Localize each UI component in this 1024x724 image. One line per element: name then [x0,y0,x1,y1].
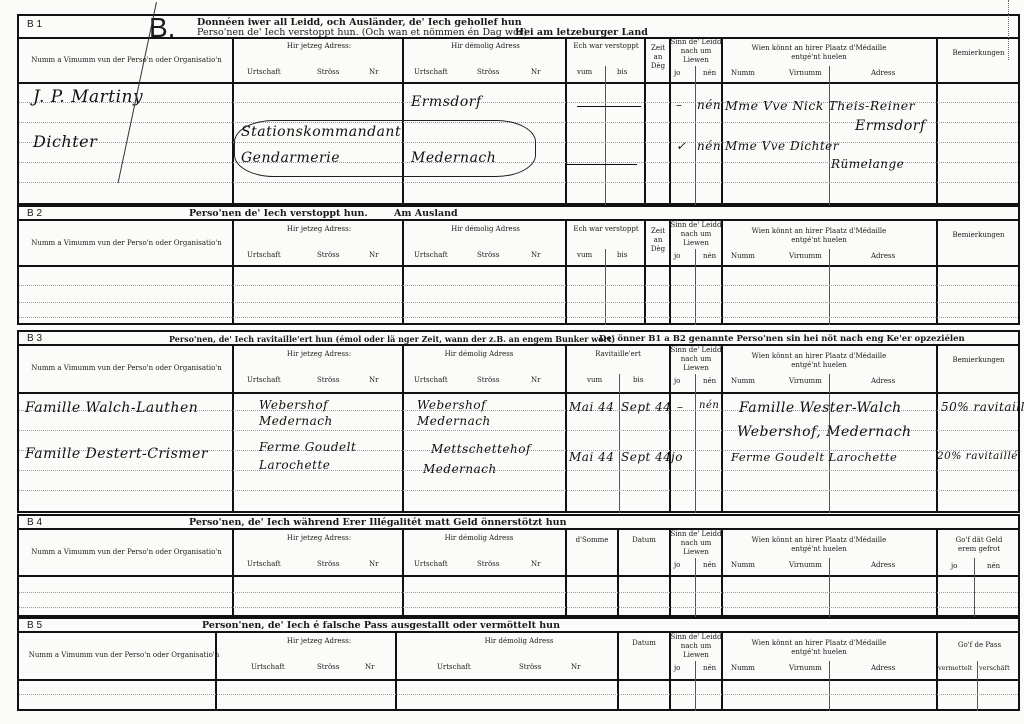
col-datum-header: Datum [619,639,669,648]
section-b1: B 1 B. Donnéen iwer all Leidd, och Auslä… [17,14,1020,205]
col-sinn-header: Sinn de' Leidd nach um Liewen [670,221,722,248]
col-jo: jo [674,377,680,386]
col-urtschaft: Urtschaft [414,68,448,77]
entry-demolig-line1: Ermsdorf [411,94,482,110]
col-jo: jo [674,252,680,261]
entry-name-line2: Dichter [33,132,97,151]
col-name-header: Numm a Vimumm vun der Perso'n oder Organ… [19,548,234,557]
col-nr: Nr [365,663,374,672]
col-somme-header: d'Somme [567,536,617,545]
entry-medaille2: Webershof, Medernach [737,424,911,440]
col-stross: Ströss [317,560,339,569]
col-vum: vum [577,68,592,77]
section-b1-title-bar: B 1 B. Donnéen iwer all Leidd, och Auslä… [19,14,1018,39]
col-stross: Ströss [519,663,541,672]
col-urtschaft: Urtschaft [247,251,281,260]
entry-demolig1: Mettschettehof [431,442,531,456]
section-code: B 1 [27,19,42,30]
entry-demolig-line2: Medernach [411,150,496,166]
section-heading-extra: De' önner B1 a B2 genannte Perso'nen sin… [599,334,965,344]
col-zeit-header: Zeit an Dèg [646,44,670,71]
entry-medaille2b: Rümelange [831,157,904,171]
col-name-header: Numm a Vimumm vun der Perso'n oder Organ… [19,56,234,65]
section-heading: Person'nen, de' Iech é falsche Pass ausg… [202,620,560,631]
col-urtschaft: Urtschaft [414,251,448,260]
col-nr: Nr [369,560,378,569]
section-heading: Perso'nen, de' Iech während Erer Illégal… [189,517,566,528]
col-urtschaft: Urtschaft [437,663,471,672]
col-ravitailleert-header: Ravitaille'ert [567,350,669,359]
entry-vum: Mai 44 [569,400,614,414]
col-medaille-header: Wien könnt an hirer Plaatz d'Médaille en… [749,227,889,245]
entry-jetzeg1: Ferme Goudelt [259,440,356,454]
col-sinn-header: Sinn de' Leidd nach um Liewen [670,633,722,660]
section-b3-title-bar: B 3 Perso'nen, de' Iech ravitaille'ert h… [19,330,1018,346]
entry-name: J. P. Martiny [33,87,143,107]
col-adress: Adress [871,69,895,78]
col-nr: Nr [369,251,378,260]
col-jo: jo [674,561,680,570]
col-urtschaft: Urtschaft [247,376,281,385]
col-numm: Numm [731,69,755,78]
entry-demolig1: Webershof [417,398,486,412]
section-b5-title-bar: B 5 Person'nen, de' Iech é falsche Pass … [19,617,1018,633]
col-nen: nén [703,561,716,570]
col-verschaft: verschäft [979,664,1010,673]
col-numm: Numm [731,252,755,261]
entry-sinn-mark2: ✓ [676,139,687,153]
col-demolig-header: Hir démolig Adress [404,42,567,51]
col-stross: Ströss [317,68,339,77]
section-code: B 3 [27,333,42,344]
entry-medaille2: Mme Vve Dichter [725,139,839,153]
col-verstoppt-header: Ech war verstoppt [567,42,645,51]
col-numm: Numm [731,664,755,673]
col-bis: bis [633,376,643,385]
section-heading: Perso'nen, de' Iech ravitaille'ert hun (… [169,334,615,344]
col-name-header: Numm a Vimumm vun der Perso'n oder Organ… [19,651,229,660]
col-urtschaft: Urtschaft [247,560,281,569]
entry-demolig2: Medernach [417,414,491,428]
col-jetzeg-header: Hir jetzeg Adress: [234,534,404,543]
section-heading-line2: Perso'nen de' Iech verstoppt hun. (Och w… [197,27,527,38]
col-sinn-header: Sinn de' Leidd nach um Liewen [670,530,722,557]
col-pass-header: Go'f de Pass [937,641,1022,650]
section-b4-title-bar: B 4 Perso'nen, de' Iech während Erer Ill… [19,514,1018,530]
col-bis: bis [617,251,627,260]
col-virnumm: Virnumm [789,664,822,673]
entry-bis: Sept 44 [621,450,671,464]
entry-bemierkung: 20% ravitaillé [937,450,1018,462]
col-vum: vum [577,251,592,260]
col-name-header: Numm a Vimumm vun der Perso'n oder Organ… [19,364,234,373]
col-urtschaft: Urtschaft [414,376,448,385]
col-jetzeg-header: Hir jetzeg Adress: [234,42,404,51]
col-stross: Ströss [317,376,339,385]
col-verstoppt-header: Ech war verstoppt [567,225,645,234]
entry-demolig2: Medernach [423,462,497,476]
entry-jetzeg1: Webershof [259,398,328,412]
section-b2: B 2 Perso'nen de' Iech verstoppt hun. Am… [17,205,1020,325]
section-code: B 4 [27,517,42,528]
col-nen: nén [703,252,716,261]
col-jetzeg-header: Hir jetzeg Adress: [229,637,409,646]
form-page: B 1 B. Donnéen iwer all Leidd, och Auslä… [0,0,1024,724]
col-jo: jo [674,664,680,673]
col-nen: nén [987,562,1000,571]
col-numm: Numm [731,561,755,570]
col-adress: Adress [871,252,895,261]
entry-sinn-mark1: – [676,98,683,112]
col-vum: vum [587,376,602,385]
entry-nen: nén [699,400,719,411]
section-heading-extra: Hei am letzeburger Land [515,27,648,38]
section-code: B 5 [27,620,42,631]
col-adress: Adress [871,664,895,673]
col-stross: Ströss [477,560,499,569]
col-vermettelt: vermettelt [938,664,972,673]
col-medaille-header: Wien könnt an hirer Plaatz d'Médaille en… [749,352,889,370]
entry-jetzeg-line1: Stationskommandant [241,124,401,140]
entry-name: Famille Destert-Crismer [25,446,208,462]
col-jo: jo [674,69,680,78]
col-medaille-header: Wien könnt an hirer Plaatz d'Médaille en… [749,536,889,554]
section-b3: B 3 Perso'nen, de' Iech ravitaille'ert h… [17,330,1020,513]
col-stross: Ströss [317,663,339,672]
entry-nen2: nén [697,139,721,153]
col-sinn-header: Sinn de' Leidd nach um Liewen [670,38,722,65]
col-geld-header: Go'f dät Geld erem gefrot [949,536,1009,554]
col-nen: nén [703,664,716,673]
col-nr: Nr [531,68,540,77]
entry-medaille1b: Ermsdorf [855,118,926,134]
col-jetzeg-header: Hir jetzeg Adress: [234,225,404,234]
entry-nen1: nén [697,98,721,112]
entry-jo: jo [671,450,683,464]
entry-bemierkung: 50% ravitaillé [941,400,1024,414]
col-virnumm: Virnumm [789,561,822,570]
col-nr: Nr [571,663,580,672]
col-sinn-header: Sinn de' Leidd nach um Liewen [670,346,722,373]
col-medaille-header: Wien könnt an hirer Plaatz d'Médaille en… [749,639,889,657]
entry-jetzeg-line2: Gendarmerie [241,150,340,166]
entry-jetzeg2: Medernach [259,414,333,428]
col-name-header: Numm a Vimumm vun der Perso'n oder Organ… [19,239,234,248]
col-nen: nén [703,377,716,386]
col-zeit-header: Zeit an Dèg [646,227,670,254]
section-b5: B 5 Person'nen, de' Iech é falsche Pass … [17,617,1020,711]
col-demolig-header: Hir démolig Adress [404,225,567,234]
col-stross: Ströss [317,251,339,260]
col-jetzeg-header: Hir jetzeg Adress: [234,350,404,359]
col-numm: Numm [731,377,755,386]
col-stross: Ströss [477,376,499,385]
section-code: B 2 [27,208,42,219]
col-demolig-header: Hir démolig Adress [404,534,554,543]
col-demolig-header: Hir démolig Adress [409,637,629,646]
col-demolig-header: Hir démolig Adress [404,350,554,359]
col-virnumm: Virnumm [789,377,822,386]
col-bis: bis [617,68,627,77]
entry-jo: – [677,400,684,414]
col-virnumm: Virnumm [789,252,822,261]
col-urtschaft: Urtschaft [414,560,448,569]
section-heading-extra: Am Ausland [394,208,458,219]
col-nen: nén [703,69,716,78]
entry-name: Famille Walch-Lauthen [25,400,198,416]
col-medaille-header: Wien könnt an hirer Plaatz d'Médaille en… [749,44,889,62]
col-urtschaft: Urtschaft [247,68,281,77]
section-heading: Perso'nen de' Iech verstoppt hun. [189,208,368,219]
col-virnumm: Virnumm [789,69,822,78]
col-stross: Ströss [477,68,499,77]
entry-medaille1: Famille Wester-Walch [739,400,902,416]
entry-medaille1: Mme Vve Nick Theis-Reiner [725,98,915,113]
col-bemierkungen-header: Bemierkungen [937,356,1020,365]
col-bemierkungen-header: Bemierkungen [937,231,1020,240]
col-nr: Nr [531,251,540,260]
col-nr: Nr [531,560,540,569]
col-datum-header: Datum [619,536,669,545]
col-adress: Adress [871,561,895,570]
section-b4: B 4 Perso'nen, de' Iech während Erer Ill… [17,514,1020,617]
col-adress: Adress [871,377,895,386]
section-b2-title-bar: B 2 Perso'nen de' Iech verstoppt hun. Am… [19,205,1018,221]
col-stross: Ströss [477,251,499,260]
col-nr: Nr [369,376,378,385]
entry-bis: Sept 44 [621,400,671,414]
col-nr: Nr [369,68,378,77]
entry-jetzeg2: Larochette [259,458,330,472]
entry-medaille1: Ferme Goudelt Larochette [731,450,897,464]
col-urtschaft: Urtschaft [251,663,285,672]
col-jo: jo [951,562,957,571]
col-nr: Nr [531,376,540,385]
entry-vum: Mai 44 [569,450,614,464]
